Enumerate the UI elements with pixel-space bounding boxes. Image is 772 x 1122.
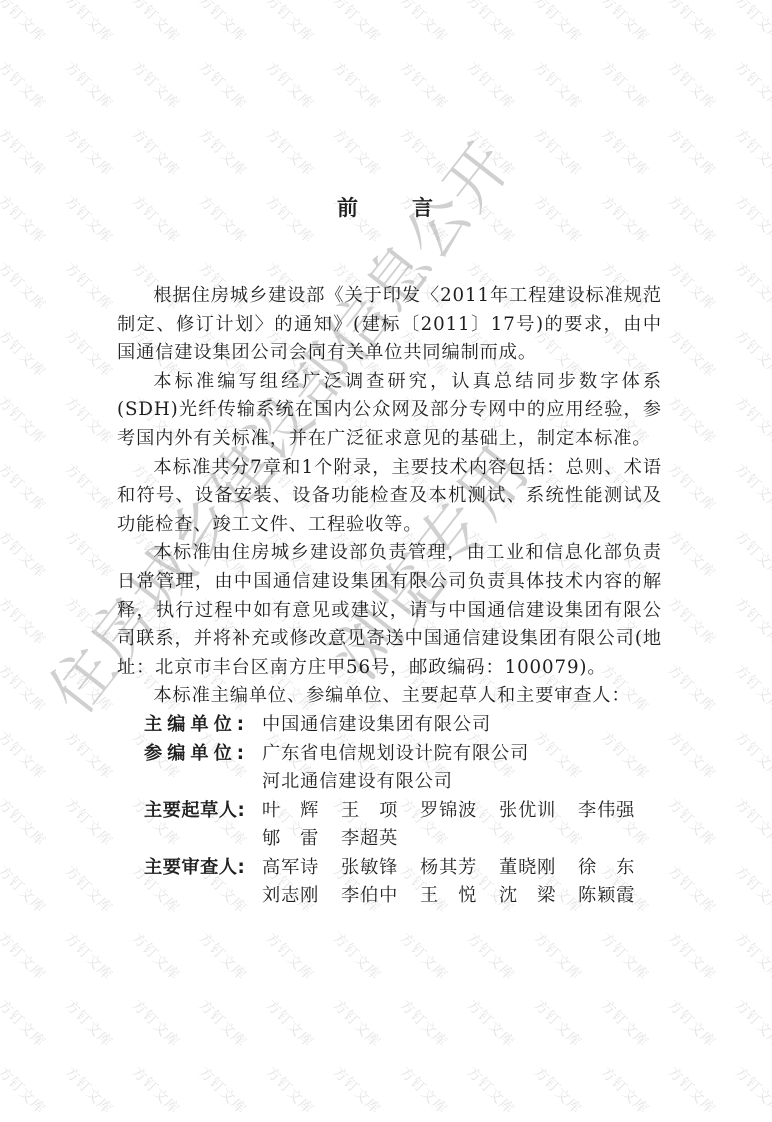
- person-name: 高军诗: [262, 854, 341, 883]
- person-name: 张优训: [499, 797, 578, 826]
- person-name: 刘志刚: [262, 882, 341, 911]
- name-row: 高军诗 张敏锋 杨其芳 董晓刚 徐 东: [262, 854, 662, 883]
- paragraph-management: 本标准由住房城乡建设部负责管理，由工业和信息化部负责日常管理，由中国通信建设集团…: [117, 539, 662, 682]
- person-name: 叶 辉: [262, 797, 341, 826]
- person-name: 罗锦波: [420, 797, 499, 826]
- person-name: 王 项: [341, 797, 420, 826]
- person-name: 李超英: [341, 825, 420, 854]
- credit-participating-units: 参编单位: 广东省电信规划设计院有限公司 河北通信建设有限公司: [117, 740, 662, 797]
- credit-main-drafters: 主要起草人: 叶 辉 王 项 罗锦波 张优训 李伟强 郇 雷 李超英: [117, 797, 662, 854]
- paragraph-credits-intro: 本标准主编单位、参编单位、主要起草人和主要审查人：: [117, 682, 662, 711]
- title-char-2: 言: [412, 196, 435, 220]
- person-name: 董晓刚: [499, 854, 578, 883]
- organization-name: 中国通信建设集团有限公司: [262, 711, 491, 740]
- credit-label: 主要审查人:: [117, 854, 262, 911]
- person-name: 王 悦: [420, 882, 499, 911]
- title-char-1: 前: [337, 196, 360, 220]
- credit-chief-unit: 主编单位: 中国通信建设集团有限公司: [117, 711, 662, 740]
- person-name: 郇 雷: [262, 825, 341, 854]
- name-row: 刘志刚 李伯中 王 悦 沈 梁 陈颖霞: [262, 882, 662, 911]
- credit-label: 主要起草人:: [117, 797, 262, 854]
- credit-main-reviewers: 主要审查人: 高军诗 张敏锋 杨其芳 董晓刚 徐 东 刘志刚 李伯中 王 悦 沈…: [117, 854, 662, 911]
- organization-name: 河北通信建设有限公司: [262, 768, 453, 797]
- person-name: 张敏锋: [341, 854, 420, 883]
- document-body: 根据住房城乡建设部《关于印发〈2011年工程建设标准规范制定、修订计划〉的通知》…: [117, 282, 662, 911]
- organization-name: 广东省电信规划设计院有限公司: [262, 740, 529, 769]
- paragraph-basis: 根据住房城乡建设部《关于印发〈2011年工程建设标准规范制定、修订计划〉的通知》…: [117, 282, 662, 368]
- name-row: 叶 辉 王 项 罗锦波 张优训 李伟强: [262, 797, 662, 826]
- person-name: 李伟强: [578, 797, 657, 826]
- credit-label: 主编单位:: [117, 711, 262, 740]
- page-title: 前言: [0, 192, 772, 222]
- document-page: 前言 根据住房城乡建设部《关于印发〈2011年工程建设标准规范制定、修订计划〉的…: [0, 0, 772, 1122]
- credit-label: 参编单位:: [117, 740, 262, 797]
- person-name: 杨其芳: [420, 854, 499, 883]
- name-row: 郇 雷 李超英: [262, 825, 662, 854]
- paragraph-contents: 本标准共分7章和1个附录，主要技术内容包括：总则、术语和符号、设备安装、设备功能…: [117, 454, 662, 540]
- paragraph-research: 本标准编写组经广泛调查研究，认真总结同步数字体系(SDH)光纤传输系统在国内公众…: [117, 368, 662, 454]
- person-name: 陈颖霞: [578, 882, 657, 911]
- person-name: 李伯中: [341, 882, 420, 911]
- person-name: 沈 梁: [499, 882, 578, 911]
- credits-section: 主编单位: 中国通信建设集团有限公司 参编单位: 广东省电信规划设计院有限公司 …: [117, 711, 662, 911]
- person-name: 徐 东: [578, 854, 657, 883]
